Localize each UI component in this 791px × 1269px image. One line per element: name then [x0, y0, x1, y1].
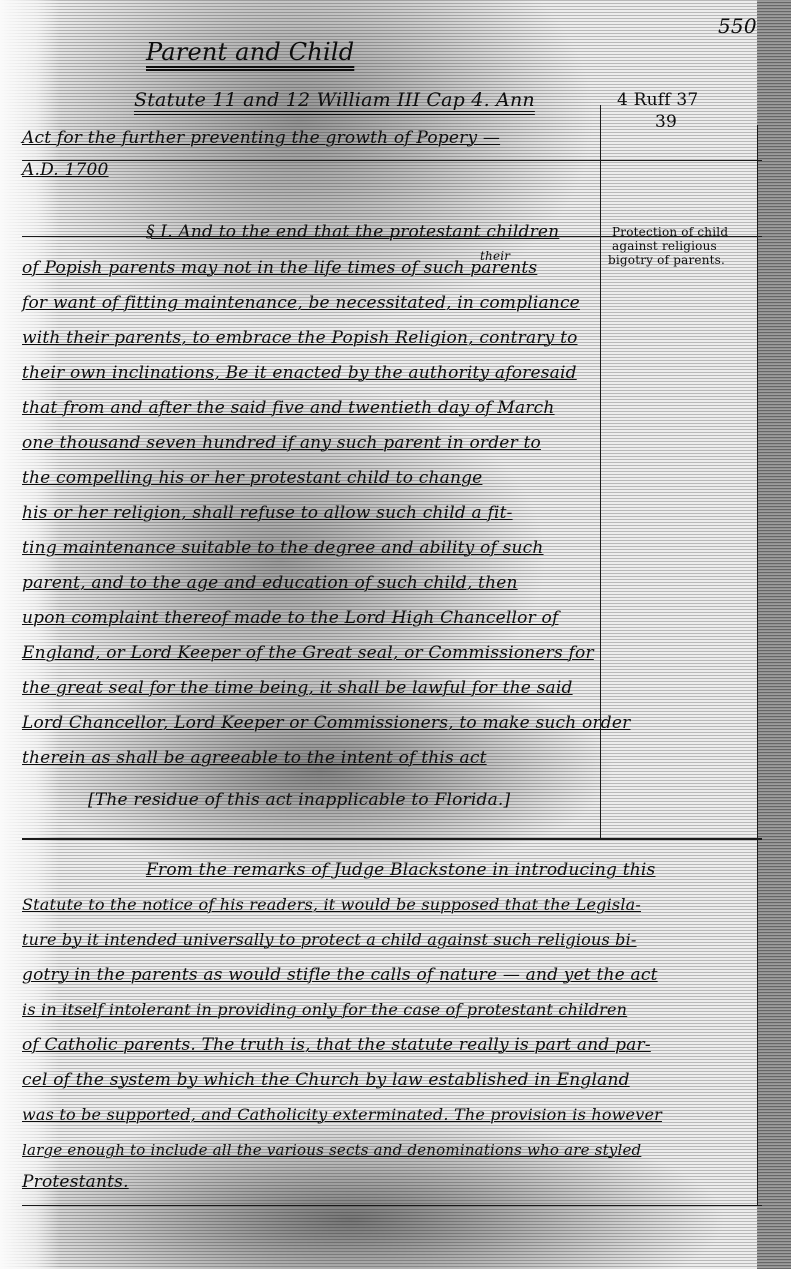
section-line: his or her religion, shall refuse to all…: [22, 503, 513, 523]
commentary-line: Statute to the notice of his readers, it…: [22, 895, 641, 915]
section-line: with their parents, to embrace the Popis…: [22, 328, 578, 348]
commentary-line: gotry in the parents as would stifle the…: [22, 965, 658, 985]
section-line: parent, and to the age and education of …: [22, 573, 518, 593]
section-line: of Popish parents may not in the life ti…: [22, 258, 537, 278]
footer-rule: [22, 1205, 762, 1206]
act-title: Act for the further preventing the growt…: [22, 128, 500, 148]
reference-line-1: 4 Ruff 37: [617, 90, 698, 110]
commentary-line: large enough to include all the various …: [22, 1140, 641, 1160]
section-divider-rule: [22, 838, 762, 840]
section-line: the great seal for the time being, it sh…: [22, 678, 573, 698]
section-line: the compelling his or her protestant chi…: [22, 468, 482, 488]
commentary-line: is in itself intolerant in providing onl…: [22, 1000, 627, 1020]
section-line: Lord Chancellor, Lord Keeper or Commissi…: [22, 713, 630, 733]
commentary-line: was to be supported, and Catholicity ext…: [22, 1105, 662, 1125]
heading-rule: [22, 160, 762, 161]
page-number: 550: [718, 16, 757, 36]
residue-note: [The residue of this act inapplicable to…: [88, 790, 510, 810]
section-line: therein as shall be agreeable to the int…: [22, 748, 487, 768]
page-title: Parent and Child: [146, 38, 354, 66]
section-line: upon complaint thereof made to the Lord …: [22, 608, 558, 628]
margin-note-line-3: bigotry of parents.: [608, 254, 725, 267]
commentary-line: of Catholic parents. The truth is, that …: [22, 1035, 651, 1055]
statute-heading: Statute 11 and 12 William III Cap 4. Ann: [134, 88, 535, 112]
commentary-line: cel of the system by which the Church by…: [22, 1070, 630, 1090]
section-line: one thousand seven hundred if any such p…: [22, 433, 541, 453]
page-right-edge-shadow: [757, 0, 791, 1269]
margin-note-line-2: against religious: [612, 240, 717, 253]
section-line: § I. And to the end that the protestant …: [146, 222, 559, 242]
manuscript-page: 550 Parent and Child Statute 11 and 12 W…: [0, 0, 791, 1269]
section-line: their own inclinations, Be it enacted by…: [22, 363, 577, 383]
commentary-line: From the remarks of Judge Blackstone in …: [146, 860, 655, 880]
section-line: ting maintenance suitable to the degree …: [22, 538, 544, 558]
commentary-line: Protestants.: [22, 1172, 129, 1192]
commentary-line: ture by it intended universally to prote…: [22, 930, 637, 950]
margin-note-line-1: Protection of child: [612, 226, 728, 239]
right-column-rule: [757, 125, 758, 1205]
section-line: that from and after the said five and tw…: [22, 398, 555, 418]
reference-line-2: 39: [655, 112, 677, 132]
act-date: A.D. 1700: [22, 160, 109, 180]
section-line: for want of fitting maintenance, be nece…: [22, 293, 580, 313]
section-line: England, or Lord Keeper of the Great sea…: [22, 643, 594, 663]
